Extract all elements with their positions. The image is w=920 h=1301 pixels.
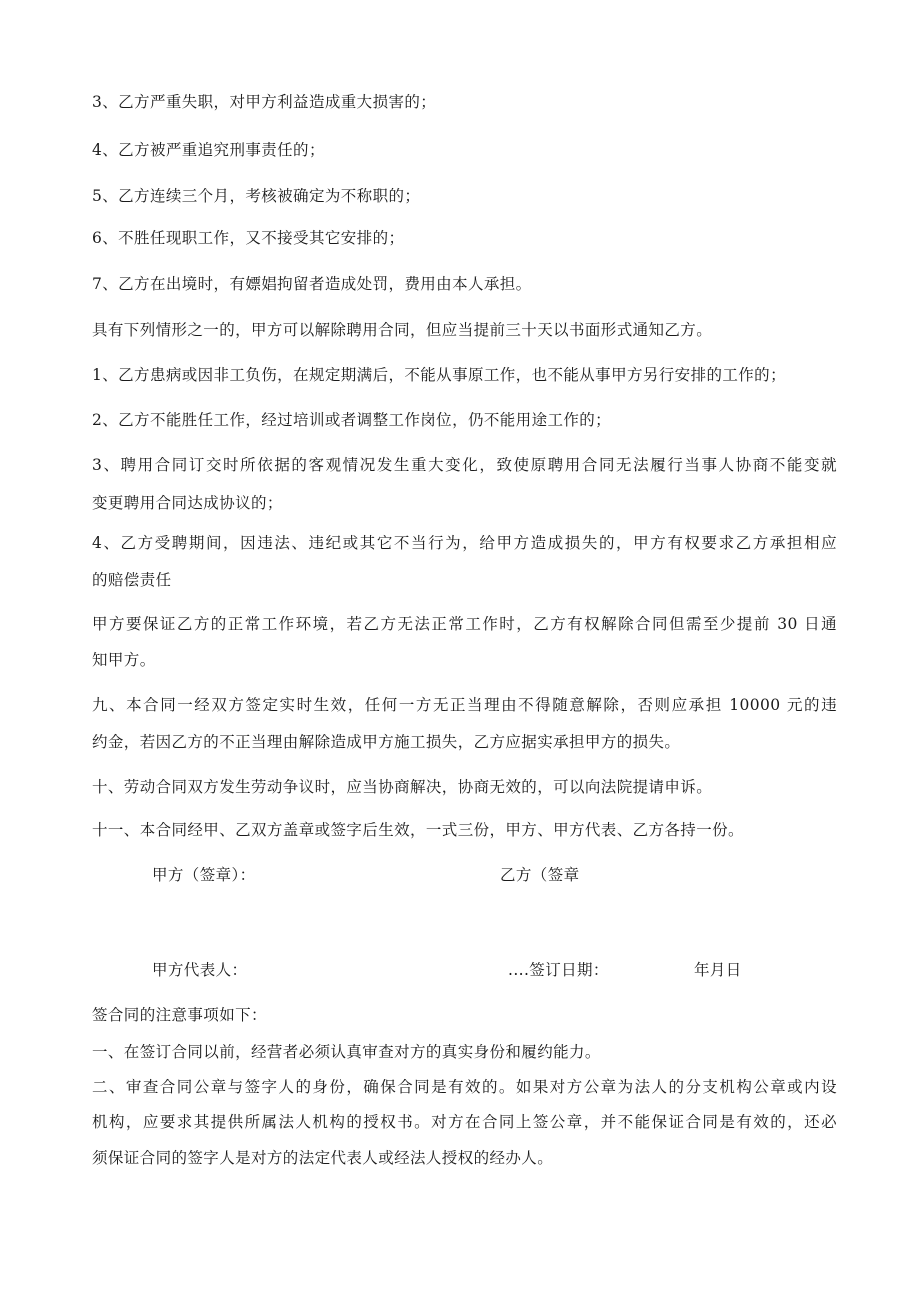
clause-line: 3、乙方严重失职，对甲方利益造成重大损害的； — [92, 92, 837, 112]
clause-line: 4、乙方被严重追究刑事责任的； — [92, 140, 837, 160]
note-line: 机构，应要求其提供所属法人机构的授权书。对方在合同上签公章，并不能保证合同是有效… — [92, 1112, 837, 1132]
party-a-representative-label: 甲方代表人： — [152, 960, 247, 980]
clause-line-continued: 变更聘用合同达成协议的； — [92, 493, 837, 513]
article-nine-continued: 约金，若因乙方的不正当理由解除造成甲方施工损失，乙方应据实承担甲方的损失。 — [92, 732, 837, 752]
note-line: 二、审查合同公章与签字人的身份，确保合同是有效的。如果对方公章为法人的分支机构公… — [92, 1077, 837, 1097]
party-b-seal-label: 乙方（签章 — [500, 865, 580, 885]
clause-line: 6、不胜任现职工作，又不接受其它安排的； — [92, 228, 837, 248]
clause-line: 2、乙方不能胜任工作，经过培训或者调整工作岗位，仍不能用途工作的； — [92, 410, 837, 430]
clause-line: 3、聘用合同订交时所依据的客观情况发生重大变化，致使原聘用合同无法履行当事人协商… — [92, 455, 837, 475]
clause-line: 7、乙方在出境时，有嫖娼拘留者造成处罚，费用由本人承担。 — [92, 274, 837, 294]
article-ten: 十、劳动合同双方发生劳动争议时，应当协商解决，协商无效的，可以向法院提请申诉。 — [92, 777, 837, 797]
party-a-seal-label: 甲方（签章）： — [152, 865, 256, 885]
article-eleven: 十一、本合同经甲、乙双方盖章或签字后生效，一式三份，甲方、甲方代表、乙方各持一份… — [92, 820, 837, 840]
paragraph-line-continued: 知甲方。 — [92, 650, 837, 670]
clause-line: 1、乙方患病或因非工负伤，在规定期满后，不能从事原工作，也不能从事甲方另行安排的… — [92, 365, 837, 385]
note-line: 须保证合同的签字人是对方的法定代表人或经法人授权的经办人。 — [92, 1148, 837, 1168]
article-nine: 九、本合同一经双方签定实时生效，任何一方无正当理由不得随意解除，否则应承担 10… — [92, 695, 837, 715]
clause-line-continued: 的赔偿责任 — [92, 570, 837, 590]
document-page: 3、乙方严重失职，对甲方利益造成重大损害的； 4、乙方被严重追究刑事责任的； 5… — [0, 0, 920, 1301]
clause-line: 4、乙方受聘期间，因违法、违纪或其它不当行为，给甲方造成损失的，甲方有权要求乙方… — [92, 533, 837, 553]
section-intro: 具有下列情形之一的，甲方可以解除聘用合同，但应当提前三十天以书面形式通知乙方。 — [92, 320, 837, 340]
sign-date-label: ....签订日期： — [508, 960, 609, 980]
paragraph-line: 甲方要保证乙方的正常工作环境，若乙方无法正常工作时，乙方有权解除合同但需至少提前… — [92, 614, 837, 634]
clause-line: 5、乙方连续三个月，考核被确定为不称职的； — [92, 186, 837, 206]
note-line: 一、在签订合同以前，经营者必须认真审查对方的真实身份和履约能力。 — [92, 1042, 837, 1062]
notes-heading: 签合同的注意事项如下： — [92, 1005, 837, 1025]
date-placeholder: 年月日 — [694, 960, 742, 980]
